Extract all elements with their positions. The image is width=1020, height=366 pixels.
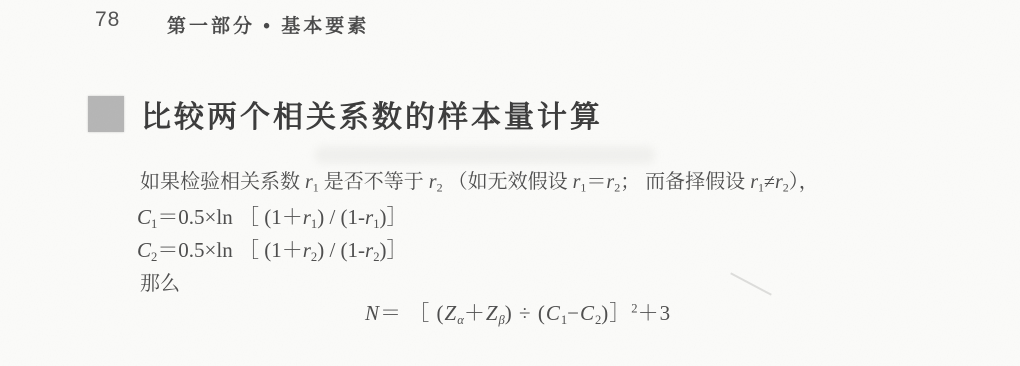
formula-c2: C2＝0.5×ln ［ (1＋r2) / (1-r2)］ bbox=[137, 234, 408, 265]
formula-n: N＝ ［ (Zα＋Zβ) ÷ (C1−C2)］2＋3 bbox=[365, 297, 671, 328]
scan-scratch-artifact bbox=[730, 272, 772, 295]
section-heading-title: 比较两个相关系数的样本量计算 bbox=[141, 92, 603, 136]
page-number: 78 bbox=[95, 8, 120, 32]
scanned-book-page: 78 第一部分 • 基本要素 比较两个相关系数的样本量计算 如果检验相关系数 r… bbox=[0, 0, 1020, 366]
gray-square-bullet-icon bbox=[88, 96, 124, 132]
running-section-header: 第一部分 • 基本要素 bbox=[167, 11, 369, 38]
then-label: 那么 bbox=[140, 267, 180, 296]
formula-c1: C1＝0.5×ln ［ (1＋r1) / (1-r1)］ bbox=[137, 201, 408, 232]
scan-bleedthrough-artifact bbox=[315, 146, 655, 164]
intro-sentence: 如果检验相关系数 r1 是否不等于 r2 （如无效假设 r1＝r2； 而备择假设… bbox=[140, 165, 819, 196]
section-heading-row: 比较两个相关系数的样本量计算 bbox=[88, 92, 603, 136]
